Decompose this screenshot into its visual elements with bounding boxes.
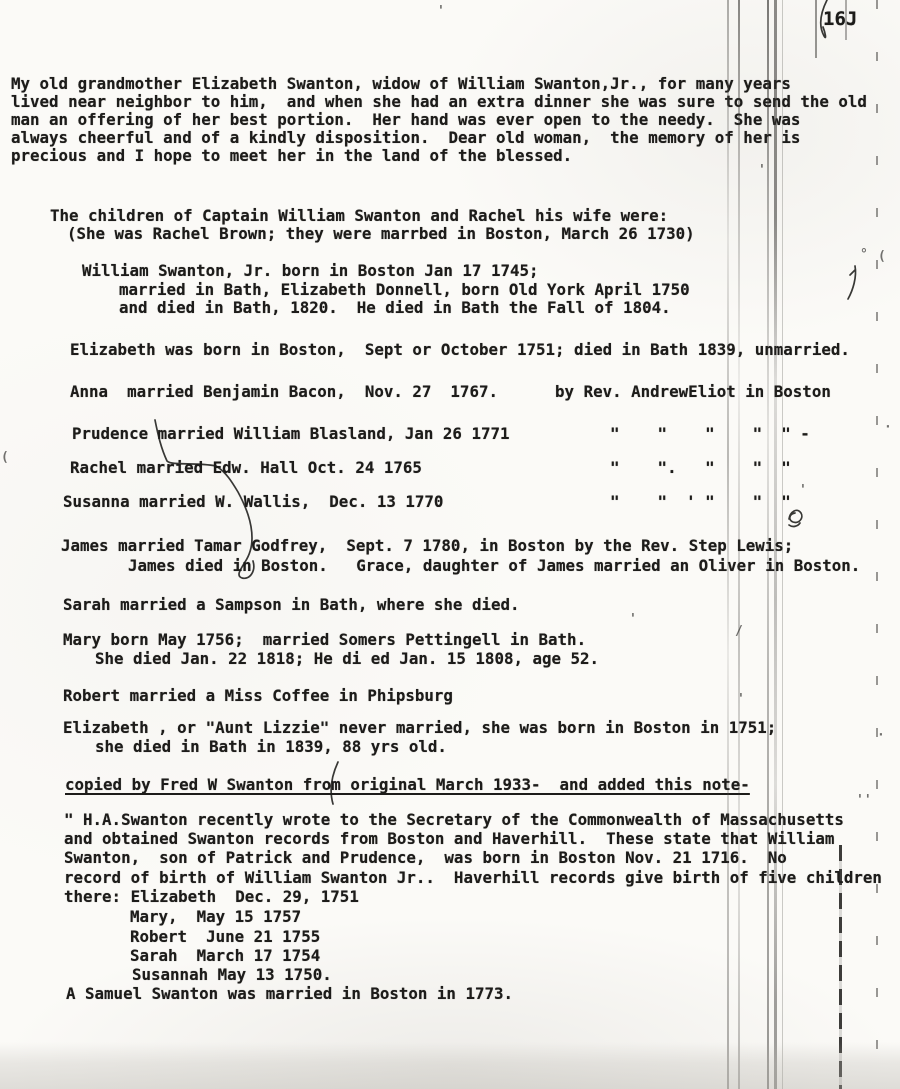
scan-streak [815,0,817,58]
scan-speck: ' [629,612,637,627]
text-line: " " " " " - [610,425,810,443]
text-line: Susannah May 13 1750. [132,966,332,984]
text-line: man an offering of her best portion. Her… [11,111,800,129]
text-line: Elizabeth , or "Aunt Lizzie" never marri… [63,719,776,737]
scan-speck: · [884,420,892,435]
scan-speck: ' [737,692,745,707]
text-line: always cheerful and of a kindly disposit… [11,129,800,147]
text-line: Mary, May 15 1757 [130,908,301,926]
text-line: she died in Bath in 1839, 88 yrs old. [95,738,447,756]
text-line: lived near neighbor to him, and when she… [11,93,867,111]
text-line: Prudence married William Blasland, Jan 2… [72,425,509,443]
text-line: " H.A.Swanton recently wrote to the Secr… [64,811,844,829]
scan-speck: ' [758,163,766,178]
text-line: Susanna married W. Wallis, Dec. 13 1770 [63,493,443,511]
scan-dashed-streak [876,0,878,1089]
text-line: (She was Rachel Brown; they were marrbed… [67,225,695,243]
scan-speck: '' [856,793,872,808]
text-line: James married Tamar Godfrey, Sept. 7 178… [61,537,793,555]
scan-speck: ' [799,483,807,498]
text-line: record of birth of William Swanton Jr.. … [64,869,882,887]
text-line: " " ' " " " [610,493,791,511]
text-line: Swanton, son of Patrick and Prudence, wa… [64,849,787,867]
text-line: there: Elizabeth Dec. 29, 1751 [64,888,359,906]
page-number: 16J [823,8,857,30]
scan-speck: · [877,728,885,743]
text-line: A Samuel Swanton was married in Boston i… [66,985,513,1003]
scan-speck: ° [860,247,868,262]
text-line: James died in Boston. Grace, daughter of… [128,557,860,575]
text-line: " ". " " " [610,459,791,477]
scan-speck: ( [878,249,886,264]
text-line: Sarah March 17 1754 [130,947,320,965]
text-line: My old grandmother Elizabeth Swanton, wi… [11,75,791,93]
text-line: Robert married a Miss Coffee in Phipsbur… [63,687,453,705]
scan-speck: ( [1,450,9,465]
text-line: and obtained Swanton records from Boston… [64,830,834,848]
text-line: Sarah married a Sampson in Bath, where s… [63,596,520,614]
scan-bottom-shadow [0,1042,900,1089]
text-line: Robert June 21 1755 [130,928,320,946]
pen-scribble-right-margin [789,510,802,526]
text-line: Mary born May 1756; married Somers Petti… [63,631,586,649]
pen-mark-right-margin-check [848,266,856,299]
text-line: precious and I hope to meet her in the l… [11,147,572,165]
text-line: Anna married Benjamin Bacon, Nov. 27 176… [70,383,831,401]
text-line: Elizabeth was born in Boston, Sept or Oc… [70,341,850,359]
text-line: She died Jan. 22 1818; He di ed Jan. 15 … [95,650,599,668]
text-line: The children of Captain William Swanton … [50,207,668,225]
scan-speck: / [735,624,743,639]
text-line: Rachel married Edw. Hall Oct. 24 1765 [70,459,422,477]
text-line: copied by Fred W Swanton from original M… [65,776,750,794]
text-line: William Swanton, Jr. born in Boston Jan … [82,262,539,280]
text-line: married in Bath, Elizabeth Donnell, born… [119,281,690,299]
text-line: and died in Bath, 1820. He died in Bath … [119,299,671,317]
scanned-document-page: 16J My old grandmother Elizabeth Swanton… [0,0,900,1089]
scan-speck: ' [437,4,445,19]
